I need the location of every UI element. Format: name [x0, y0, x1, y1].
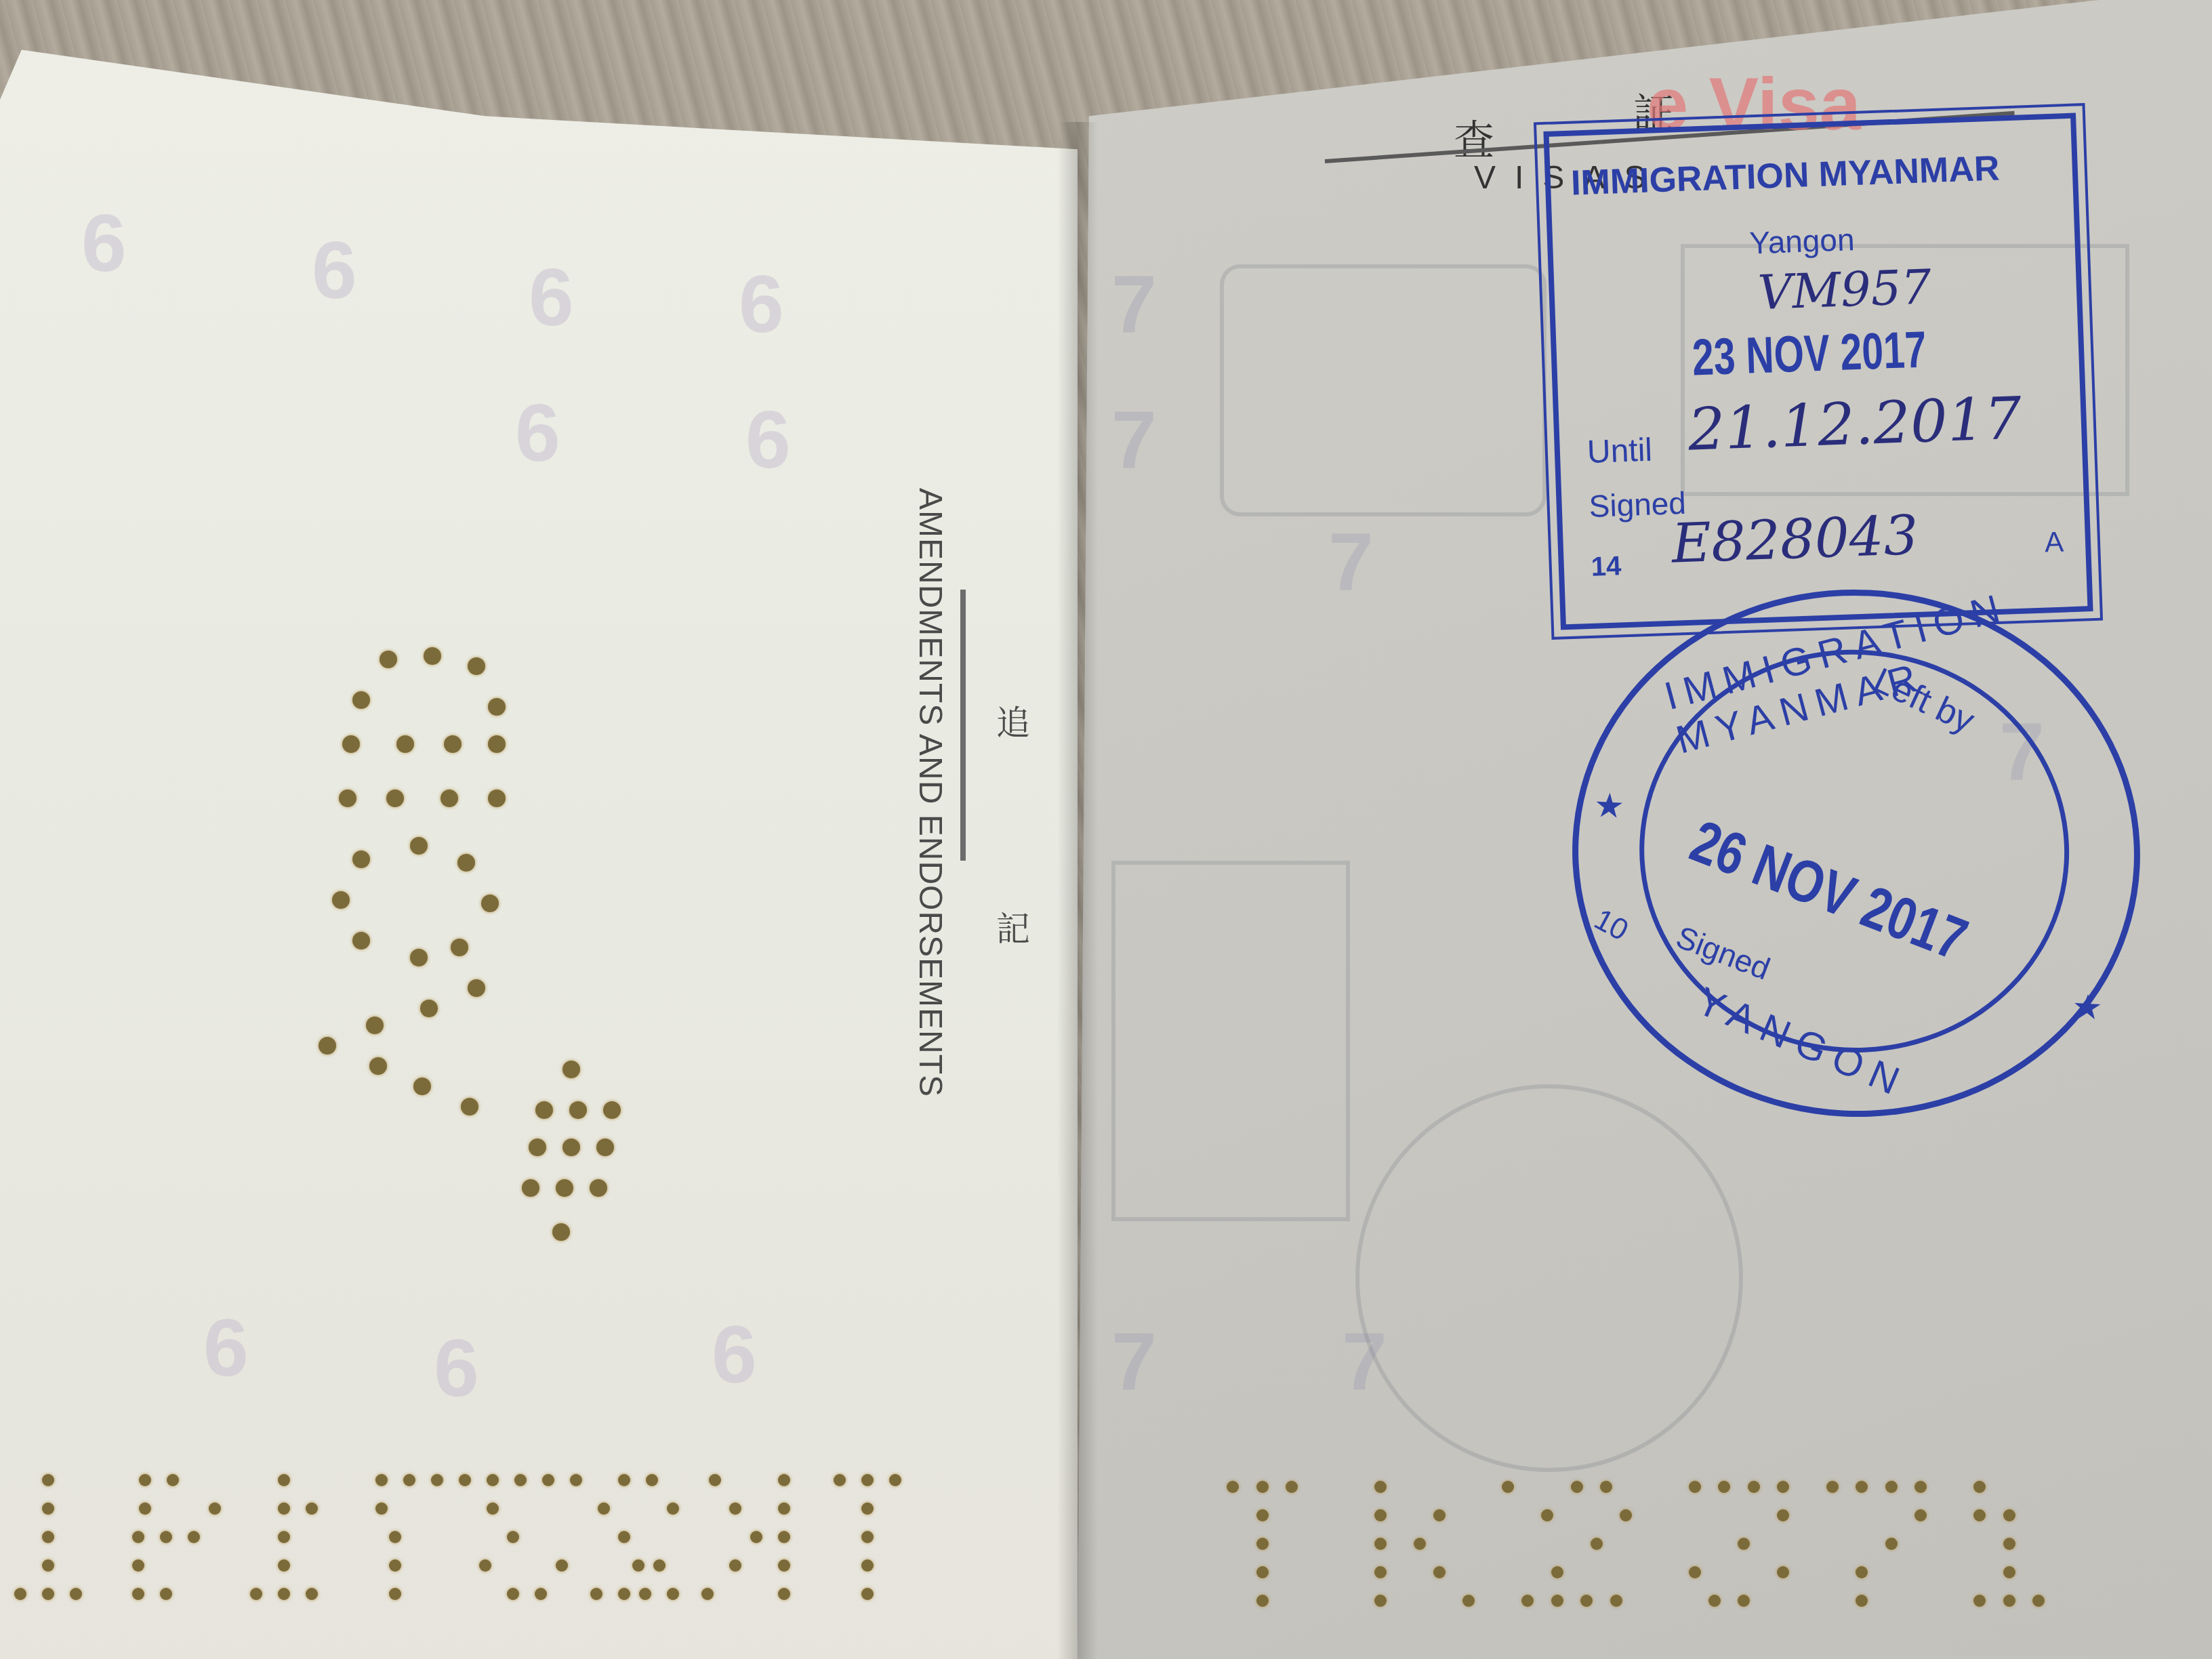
perforation-hole [1433, 1566, 1446, 1578]
heading-rule [960, 590, 966, 861]
perforation-hole [1414, 1538, 1426, 1550]
until-label: Until [1586, 432, 1653, 471]
perforation-hole [2003, 1509, 2015, 1521]
perforation-hole [778, 1559, 790, 1572]
perforation-hole [889, 1474, 901, 1486]
perforation-hole [42, 1531, 54, 1543]
perforation-hole [570, 1474, 582, 1486]
perforation-hole [278, 1474, 290, 1486]
perforation-hole [667, 1588, 679, 1600]
perforation-hole [339, 790, 356, 807]
perforation-hole [778, 1588, 790, 1600]
perforation-hole [1374, 1509, 1387, 1521]
faded-stamp [1355, 1084, 1743, 1472]
watermark-page-number: 6 [81, 197, 127, 290]
perforation-hole [352, 691, 370, 709]
perforation-hole [569, 1101, 587, 1119]
passport-spine [1057, 122, 1098, 1659]
perforation-hole [2003, 1538, 2015, 1550]
perforation-hole [332, 891, 350, 909]
perforation-hole [1256, 1538, 1269, 1550]
amendments-heading: AMENDMENTS AND ENDORSEMENTS 追 記 [912, 488, 952, 1152]
perforation-hole [132, 1531, 144, 1543]
perforation-hole [1914, 1481, 1927, 1493]
perforation-hole [1256, 1595, 1269, 1607]
faded-stamp [1220, 264, 1547, 516]
perforation-hole [389, 1559, 401, 1572]
perforation-hole [459, 1474, 471, 1486]
perforation-hole [461, 1098, 478, 1115]
perforation-hole [306, 1588, 318, 1600]
star-icon: ★ [2071, 987, 2104, 1027]
perforation-hole [1591, 1538, 1603, 1550]
perforation-hole [1689, 1481, 1701, 1493]
arrival-stamp: IMMIGRATION MYANMAR Yangon VM957 23 NOV … [1543, 113, 2093, 630]
watermark-page-number: 6 [312, 224, 357, 317]
perforation-hole [1856, 1481, 1868, 1493]
perforation-hole [369, 1057, 387, 1075]
perforation-hole [1738, 1595, 1750, 1607]
watermark-page-number: 6 [712, 1308, 757, 1401]
departure-counter-number: 10 [1589, 903, 1634, 948]
perforation-hole [188, 1531, 200, 1543]
perforation-hole [1600, 1481, 1612, 1493]
watermark-page-number: 6 [739, 258, 784, 351]
perforation-hole [42, 1559, 54, 1572]
arrival-stamp-city: Yangon [1748, 221, 1855, 261]
perforation-hole [598, 1502, 610, 1515]
perforation-hole [42, 1474, 54, 1486]
perforation-hole [861, 1474, 874, 1486]
perforation-hole [1777, 1509, 1789, 1521]
perforation-hole [1541, 1509, 1553, 1521]
watermark-page-number: 6 [515, 386, 560, 480]
perforation-hole [632, 1559, 644, 1572]
perforation-hole [556, 1559, 568, 1572]
perforation-hole [778, 1531, 790, 1543]
perforation-hole [1571, 1481, 1583, 1493]
amendments-heading-cjk: 追 記 [986, 705, 1035, 1026]
perforation-hole [167, 1474, 179, 1486]
perforation-hole [413, 1078, 431, 1095]
perforation-hole [750, 1531, 762, 1543]
perforation-hole [639, 1588, 651, 1600]
perforation-hole [1777, 1566, 1789, 1578]
perforation-hole [366, 1017, 384, 1034]
perforation-hole [420, 1000, 438, 1017]
perforation-hole [342, 735, 360, 753]
perforation-hole [861, 1502, 874, 1515]
perforation-hole [542, 1474, 554, 1486]
perforation-hole [410, 837, 428, 855]
watermark-page-number: 7 [1111, 258, 1157, 351]
perforation-hole [1777, 1481, 1789, 1493]
perforation-hole [403, 1474, 415, 1486]
perforation-hole [396, 735, 414, 753]
perforation-hole [352, 932, 370, 949]
perforation-hole [1580, 1595, 1593, 1607]
perforation-hole [522, 1179, 539, 1197]
perforation-hole [42, 1502, 54, 1515]
faded-stamp [1111, 861, 1350, 1221]
perforation-hole [1227, 1481, 1239, 1493]
perforation-hole [14, 1588, 26, 1600]
perforation-hole [488, 698, 506, 716]
perforation-hole [2003, 1595, 2015, 1607]
perforation-hole [139, 1474, 151, 1486]
perforation-hole [352, 851, 370, 868]
perforation-hole [1521, 1595, 1534, 1607]
perforation-hole [1856, 1595, 1868, 1607]
perforation-hole [2003, 1566, 2015, 1578]
perforation-hole [1374, 1538, 1387, 1550]
perforation-hole [1885, 1481, 1898, 1493]
perforation-hole [1462, 1595, 1475, 1607]
perforation-hole [1973, 1595, 1986, 1607]
perforation-hole [451, 939, 468, 956]
perforation-hole [1738, 1538, 1750, 1550]
perforation-hole [278, 1502, 290, 1515]
perforation-hole [603, 1101, 621, 1119]
until-value: 21.12.2017 [1687, 385, 2023, 464]
perforation-hole [410, 949, 428, 966]
perforation-hole [139, 1502, 151, 1515]
perforation-hole [1551, 1566, 1563, 1578]
arrival-handwritten-code: VM957 [1757, 259, 1932, 321]
perforation-hole [590, 1179, 607, 1197]
perforation-hole [778, 1502, 790, 1515]
perforation-hole [132, 1588, 144, 1600]
perforation-hole [441, 790, 458, 807]
perforation-hole [1502, 1481, 1514, 1493]
perforation-hole [709, 1474, 721, 1486]
perforation-hole [1286, 1481, 1298, 1493]
perforation-hole [562, 1061, 580, 1078]
perforation-hole [1374, 1595, 1387, 1607]
perforation-hole [1620, 1509, 1632, 1521]
perforation-hole [431, 1474, 443, 1486]
perforation-hole [653, 1559, 665, 1572]
perforation-hole [386, 790, 404, 807]
watermark-page-number: 6 [529, 251, 574, 344]
perforation-hole [2032, 1595, 2045, 1607]
perforation-hole [1689, 1566, 1701, 1578]
watermark-page-number: 6 [745, 393, 791, 487]
star-icon: ★ [1593, 785, 1626, 826]
perforation-hole [132, 1559, 144, 1572]
perforation-hole [1973, 1481, 1986, 1493]
perforation-hole [1885, 1538, 1898, 1550]
perforation-hole [562, 1139, 580, 1156]
perforation-hole [488, 735, 506, 753]
perforation-hole [457, 854, 475, 872]
perforation-hole [278, 1531, 290, 1543]
perforation-hole [160, 1588, 172, 1600]
perforation-hole [1433, 1509, 1446, 1521]
perforation-hole [278, 1559, 290, 1572]
perforation-hole [514, 1474, 527, 1486]
perforation-hole [278, 1588, 290, 1600]
stamp-suffix: A [2044, 526, 2064, 559]
perforation-hole [488, 790, 506, 807]
visas-heading-cjk-1: 査 [1454, 108, 1494, 167]
perforation-hole [160, 1531, 172, 1543]
perforation-hole [444, 735, 462, 753]
perforation-hole [535, 1101, 553, 1119]
perforation-hole [70, 1588, 82, 1600]
perforation-hole [552, 1223, 570, 1241]
perforation-hole [250, 1588, 262, 1600]
perforation-hole [375, 1474, 388, 1486]
perforation-hole [529, 1139, 546, 1156]
arrival-date: 23 NOV 2017 [1692, 320, 1927, 387]
perforation-hole [1610, 1595, 1622, 1607]
perforation-hole [389, 1531, 401, 1543]
perforation-hole [481, 895, 499, 912]
perforation-hole [861, 1531, 874, 1543]
perforation-hole [1256, 1566, 1269, 1578]
perforation-hole [1374, 1481, 1387, 1493]
perforation-hole [1826, 1481, 1839, 1493]
watermark-page-number: 7 [1111, 393, 1157, 487]
perforation-hole [1708, 1595, 1721, 1607]
perforation-hole [487, 1502, 499, 1515]
perforation-hole [1914, 1509, 1927, 1521]
perforation-hole [468, 979, 485, 997]
watermark-page-number: 6 [434, 1322, 479, 1415]
arrival-stamp-title: IMMIGRATION MYANMAR [1570, 148, 2000, 204]
perforation-hole [380, 651, 397, 668]
perforation-hole [1718, 1481, 1730, 1493]
perforation-hole [319, 1037, 336, 1054]
watermark-page-number: 7 [1111, 1315, 1157, 1408]
perforation-hole [209, 1502, 221, 1515]
perforation-hole [596, 1139, 614, 1156]
handwritten-number: E828043 [1671, 504, 1919, 575]
watermark-page-number: 7 [1328, 515, 1374, 609]
watermark-page-number: 6 [203, 1301, 249, 1395]
perforation-hole [1374, 1566, 1387, 1578]
perforation-hole [468, 657, 485, 675]
perforation-hole [487, 1474, 499, 1486]
perforation-hole [778, 1474, 790, 1486]
perforation-hole [1256, 1509, 1269, 1521]
perforation-hole [861, 1559, 874, 1572]
perforation-hole [42, 1588, 54, 1600]
perforation-hole [1856, 1566, 1868, 1578]
counter-number: 14 [1591, 551, 1622, 583]
perforation-hole [306, 1502, 318, 1515]
perforation-hole [1551, 1595, 1563, 1607]
perforation-hole [1748, 1481, 1760, 1493]
perforation-hole [424, 647, 441, 665]
perforation-hole [375, 1502, 388, 1515]
perforation-hole [1256, 1481, 1269, 1493]
perforation-hole [556, 1179, 573, 1197]
perforation-hole [667, 1502, 679, 1515]
perforation-hole [861, 1588, 874, 1600]
perforation-hole [389, 1588, 401, 1600]
perforation-hole [834, 1474, 846, 1486]
perforation-hole [1973, 1509, 1986, 1521]
amendments-heading-en: AMENDMENTS AND ENDORSEMENTS [912, 488, 949, 1097]
